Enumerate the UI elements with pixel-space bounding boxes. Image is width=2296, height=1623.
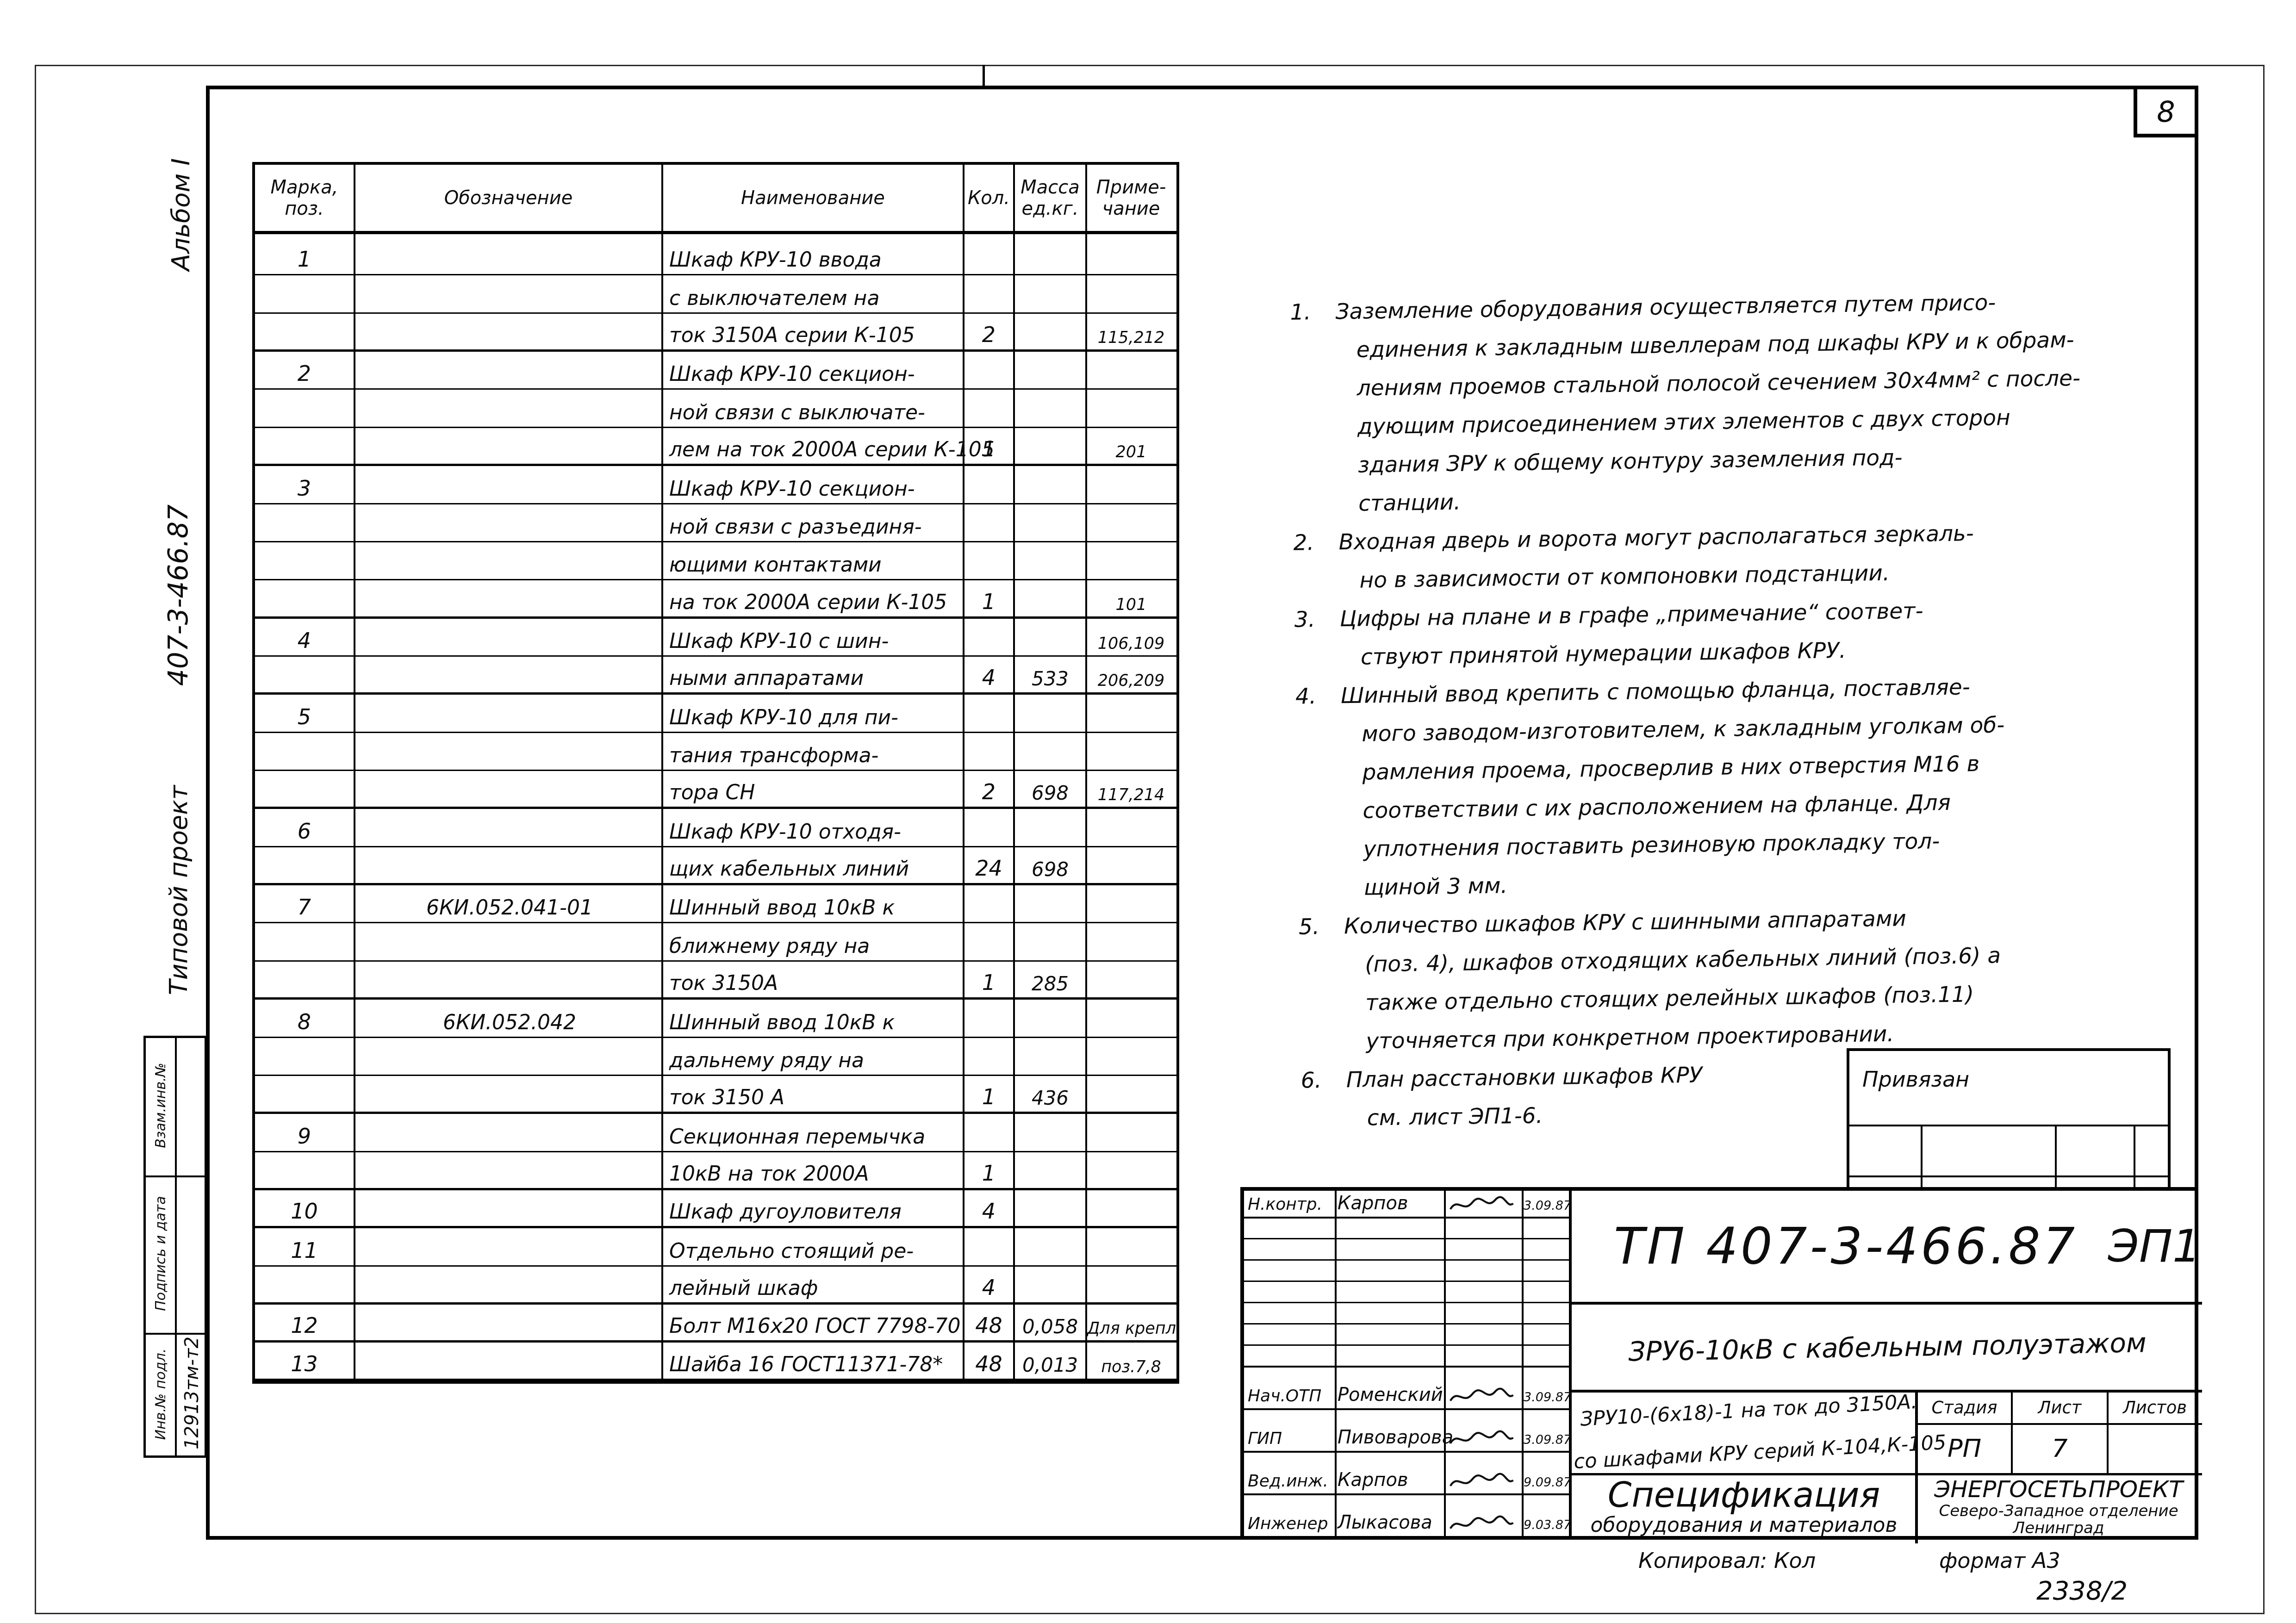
margin-project-type: Типовой проект (164, 728, 193, 1052)
format-label: формат А3 (1939, 1548, 2060, 1573)
stamp-label-inv: Инв.№ подл. (153, 1325, 169, 1464)
stamp-inventory-number: 12913тм-т2 (181, 1319, 203, 1467)
margin-project-code: 407-3-466.87 (162, 433, 194, 757)
stamp-line (146, 1175, 205, 1177)
stamp-divider (175, 1038, 177, 1455)
centering-mark (983, 65, 985, 87)
archive-number: 2338/2 (2036, 1576, 2128, 1606)
drawing-sheet: 8 Альбом I 407-3-466.87 Типовой проект В… (0, 0, 2296, 1623)
copied-by-label: Копировал: Кол (1638, 1548, 1816, 1573)
margin-stamp-table: Взам.инв.№ Подпись и дата Инв.№ подл. 12… (143, 1036, 207, 1458)
drawing-frame (206, 86, 2198, 1540)
margin-album-label: Альбом I (166, 76, 195, 354)
stamp-label-podpis: Подпись и дата (153, 1184, 169, 1323)
stamp-label-vzam: Взам.инв.№ (153, 1036, 169, 1175)
